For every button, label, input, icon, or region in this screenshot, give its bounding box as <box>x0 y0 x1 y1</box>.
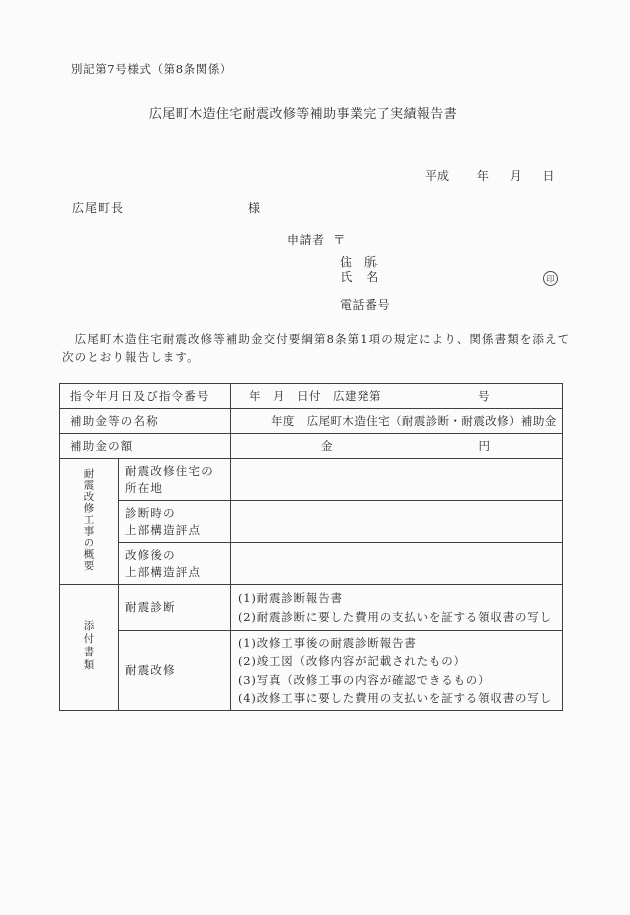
attachment-item: (2)耐震診断に要した費用の支払いを証する領収書の写し <box>238 608 562 627</box>
name-char-1: フリ 氏 <box>340 263 353 284</box>
table-row: 補助金等の名称 年度 広尾町木造住宅（耐震診断・耐震改修）補助金 <box>60 409 563 434</box>
diagnosis-attachments-value-cell: (1)耐震診断報告書 (2)耐震診断に要した費用の支払いを証する領収書の写し <box>231 585 563 631</box>
phone-label: 電話番号 <box>340 296 390 313</box>
postal-mark-icon: 〒 <box>333 230 346 248</box>
subsidy-name-value-cell: 年度 広尾町木造住宅（耐震診断・耐震改修）補助金 <box>231 409 563 434</box>
day-label: 日 <box>543 167 555 184</box>
era-label: 平成 <box>425 167 449 184</box>
addressee-honorific: 様 <box>248 199 260 216</box>
table-row: 改修後の 上部構造評点 <box>60 543 563 585</box>
retrofit-address-value-cell <box>231 459 563 501</box>
attachment-item: (1)改修工事後の耐震診断報告書 <box>238 634 562 653</box>
attachments-section-header: 添付書類 <box>60 585 119 711</box>
report-table: 指令年月日及び指令番号 年 月 日付 広建発第号 補助金等の名称 年度 広尾町木… <box>59 383 563 711</box>
intro-line-1: 広尾町木造住宅耐震改修等補助金交付要綱第8条第1項の規定により、関係書類を添えて <box>62 330 576 348</box>
page-title: 広尾町木造住宅耐震改修等補助事業完了実績報告書 <box>0 103 606 122</box>
table-row: 補助金の額 金円 <box>60 434 563 459</box>
attachment-item: (2)竣工図（改修内容が記載されたもの） <box>238 652 562 671</box>
post-retrofit-score-value-cell <box>231 543 563 585</box>
subsidy-name-label-cell: 補助金等の名称 <box>60 409 231 434</box>
directive-number-suffix: 号 <box>478 389 490 403</box>
table-row: 添付書類 耐震診断 (1)耐震診断報告書 (2)耐震診断に要した費用の支払いを証… <box>60 585 563 631</box>
seal-icon: 印 <box>543 271 558 286</box>
directive-label-cell: 指令年月日及び指令番号 <box>60 384 231 409</box>
table-row: 診断時の 上部構造評点 <box>60 501 563 543</box>
date-line: 平成 年 月 日 <box>425 167 555 184</box>
retrofit-attachments-value-cell: (1)改修工事後の耐震診断報告書 (2)竣工図（改修内容が記載されたもの） (3… <box>231 631 563 711</box>
intro-paragraph: 広尾町木造住宅耐震改修等補助金交付要綱第8条第1項の規定により、関係書類を添えて… <box>62 330 576 366</box>
retrofit-attachments-label-cell: 耐震改修 <box>119 631 231 711</box>
table-row: 耐震改修工事の概要 耐震改修住宅の 所在地 <box>60 459 563 501</box>
overview-section-header: 耐震改修工事の概要 <box>60 459 119 585</box>
month-label: 月 <box>510 167 522 184</box>
table-row: 指令年月日及び指令番号 年 月 日付 広建発第号 <box>60 384 563 409</box>
attachment-item: (4)改修工事に要した費用の支払いを証する領収書の写し <box>238 689 562 708</box>
furigana-1: フリ <box>340 263 353 270</box>
intro-line-2: 次のとおり報告します。 <box>62 348 576 366</box>
name-label: フリ 氏 ガナ 名 <box>340 263 379 284</box>
attachment-item: (3)写真（改修工事の内容が確認できるもの） <box>238 671 562 690</box>
subsidy-amount-label-cell: 補助金の額 <box>60 434 231 459</box>
directive-date-text: 年 月 日付 広建発第 <box>249 389 381 403</box>
document-page: 別記第7号様式（第8条関係） 広尾町木造住宅耐震改修等補助事業完了実績報告書 平… <box>0 0 630 915</box>
yen-prefix: 金 <box>321 439 333 453</box>
subsidy-amount-value-cell: 金円 <box>231 434 563 459</box>
applicant-label: 申請者 <box>287 231 325 248</box>
retrofit-address-label-cell: 耐震改修住宅の 所在地 <box>119 459 231 501</box>
year-label: 年 <box>477 167 489 184</box>
form-number: 別記第7号様式（第8条関係） <box>71 61 232 77</box>
pre-diagnosis-score-label-cell: 診断時の 上部構造評点 <box>119 501 231 543</box>
addressee-name: 広尾町長 <box>72 199 124 216</box>
table-row: 耐震改修 (1)改修工事後の耐震診断報告書 (2)竣工図（改修内容が記載されたも… <box>60 631 563 711</box>
furigana-2: ガナ <box>366 263 379 270</box>
name-char-2: ガナ 名 <box>366 263 379 284</box>
diagnosis-attachments-label-cell: 耐震診断 <box>119 585 231 631</box>
post-retrofit-score-label-cell: 改修後の 上部構造評点 <box>119 543 231 585</box>
yen-suffix: 円 <box>479 439 491 453</box>
attachment-item: (1)耐震診断報告書 <box>238 589 562 608</box>
directive-value-cell: 年 月 日付 広建発第号 <box>231 384 563 409</box>
pre-diagnosis-score-value-cell <box>231 501 563 543</box>
